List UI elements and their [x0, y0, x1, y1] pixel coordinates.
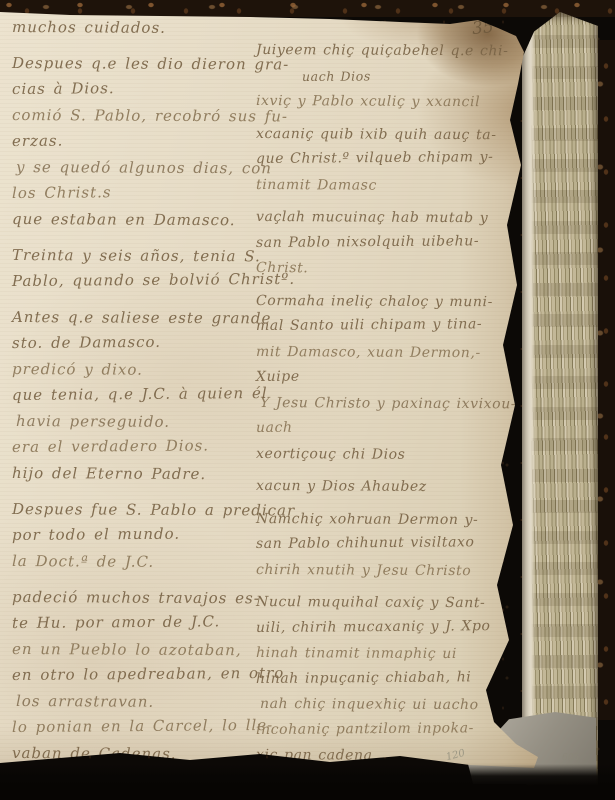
manuscript-line: san Pablo nixsolquih uibehu-	[256, 228, 536, 256]
manuscript-line: Christ.	[256, 256, 536, 283]
manuscript-paragraph: Juiyeem chiç quiçabehel q.e chi-uach Dio…	[256, 38, 536, 115]
manuscript-line: tinamit Damasc	[256, 173, 536, 200]
manuscript-paragraph: xacun y Dios Ahaubez	[256, 474, 536, 500]
manuscript-line: chirih xnutih y Jesu Christo	[256, 558, 536, 585]
manuscript-paragraph: Namchiç xohruan Dermon y-san Pablo chihu…	[256, 507, 536, 584]
manuscript-line: uach Dios	[302, 62, 536, 89]
book-fore-edge-pages	[522, 12, 598, 792]
manuscript-line: Nucul muquihal caxiç y Sant-	[256, 590, 536, 617]
manuscript-line: mal Santo uili chipam y tina-	[256, 312, 536, 340]
bottom-shadow	[0, 764, 615, 800]
manuscript-line: Xuipe	[256, 363, 536, 391]
book-photo: 35 muchos cuidados.Despues q.e les dio d…	[0, 0, 615, 800]
manuscript-page: 35 muchos cuidados.Despues q.e les dio d…	[0, 0, 545, 780]
manuscript-line: Juiyeem chiç quiçabehel q.e chi-	[256, 38, 536, 65]
manuscript-paragraph: vaçlah mucuinaç hab mutab ysan Pablo nix…	[256, 205, 536, 282]
manuscript-line: xacun y Dios Ahaubez	[256, 474, 536, 501]
manuscript-line: uili, chirih mucaxaniç y J. Xpo	[256, 613, 536, 641]
manuscript-line: hinah tinamit inmaphiç ui	[256, 641, 536, 668]
manuscript-line: xeortiçouç chi Dios	[256, 442, 536, 469]
manuscript-line: uach	[256, 414, 536, 442]
manuscript-line: san Pablo chihunut visiltaxo	[256, 530, 536, 558]
manuscript-paragraph: muchos cuidados.	[12, 14, 324, 40]
manuscript-line: ixviç y Pablo xculiç y xxancil	[256, 89, 536, 116]
manuscript-line: vaçlah mucuinaç hab mutab y	[256, 205, 536, 232]
manuscript-paragraph: Cormaha ineliç chaloç y muni-mal Santo u…	[256, 289, 536, 468]
right-column-translation-text: Juiyeem chiç quiçabehel q.e chi-uach Dio…	[256, 38, 536, 776]
marbled-cover-top	[0, 0, 615, 17]
edge-pencil-mark: 605	[562, 753, 579, 763]
manuscript-paragraph: xcaaniç quib ixib quih aauç ta-que Chris…	[256, 122, 536, 199]
manuscript-line: que Christ.º vilqueb chipam y-	[256, 145, 536, 173]
